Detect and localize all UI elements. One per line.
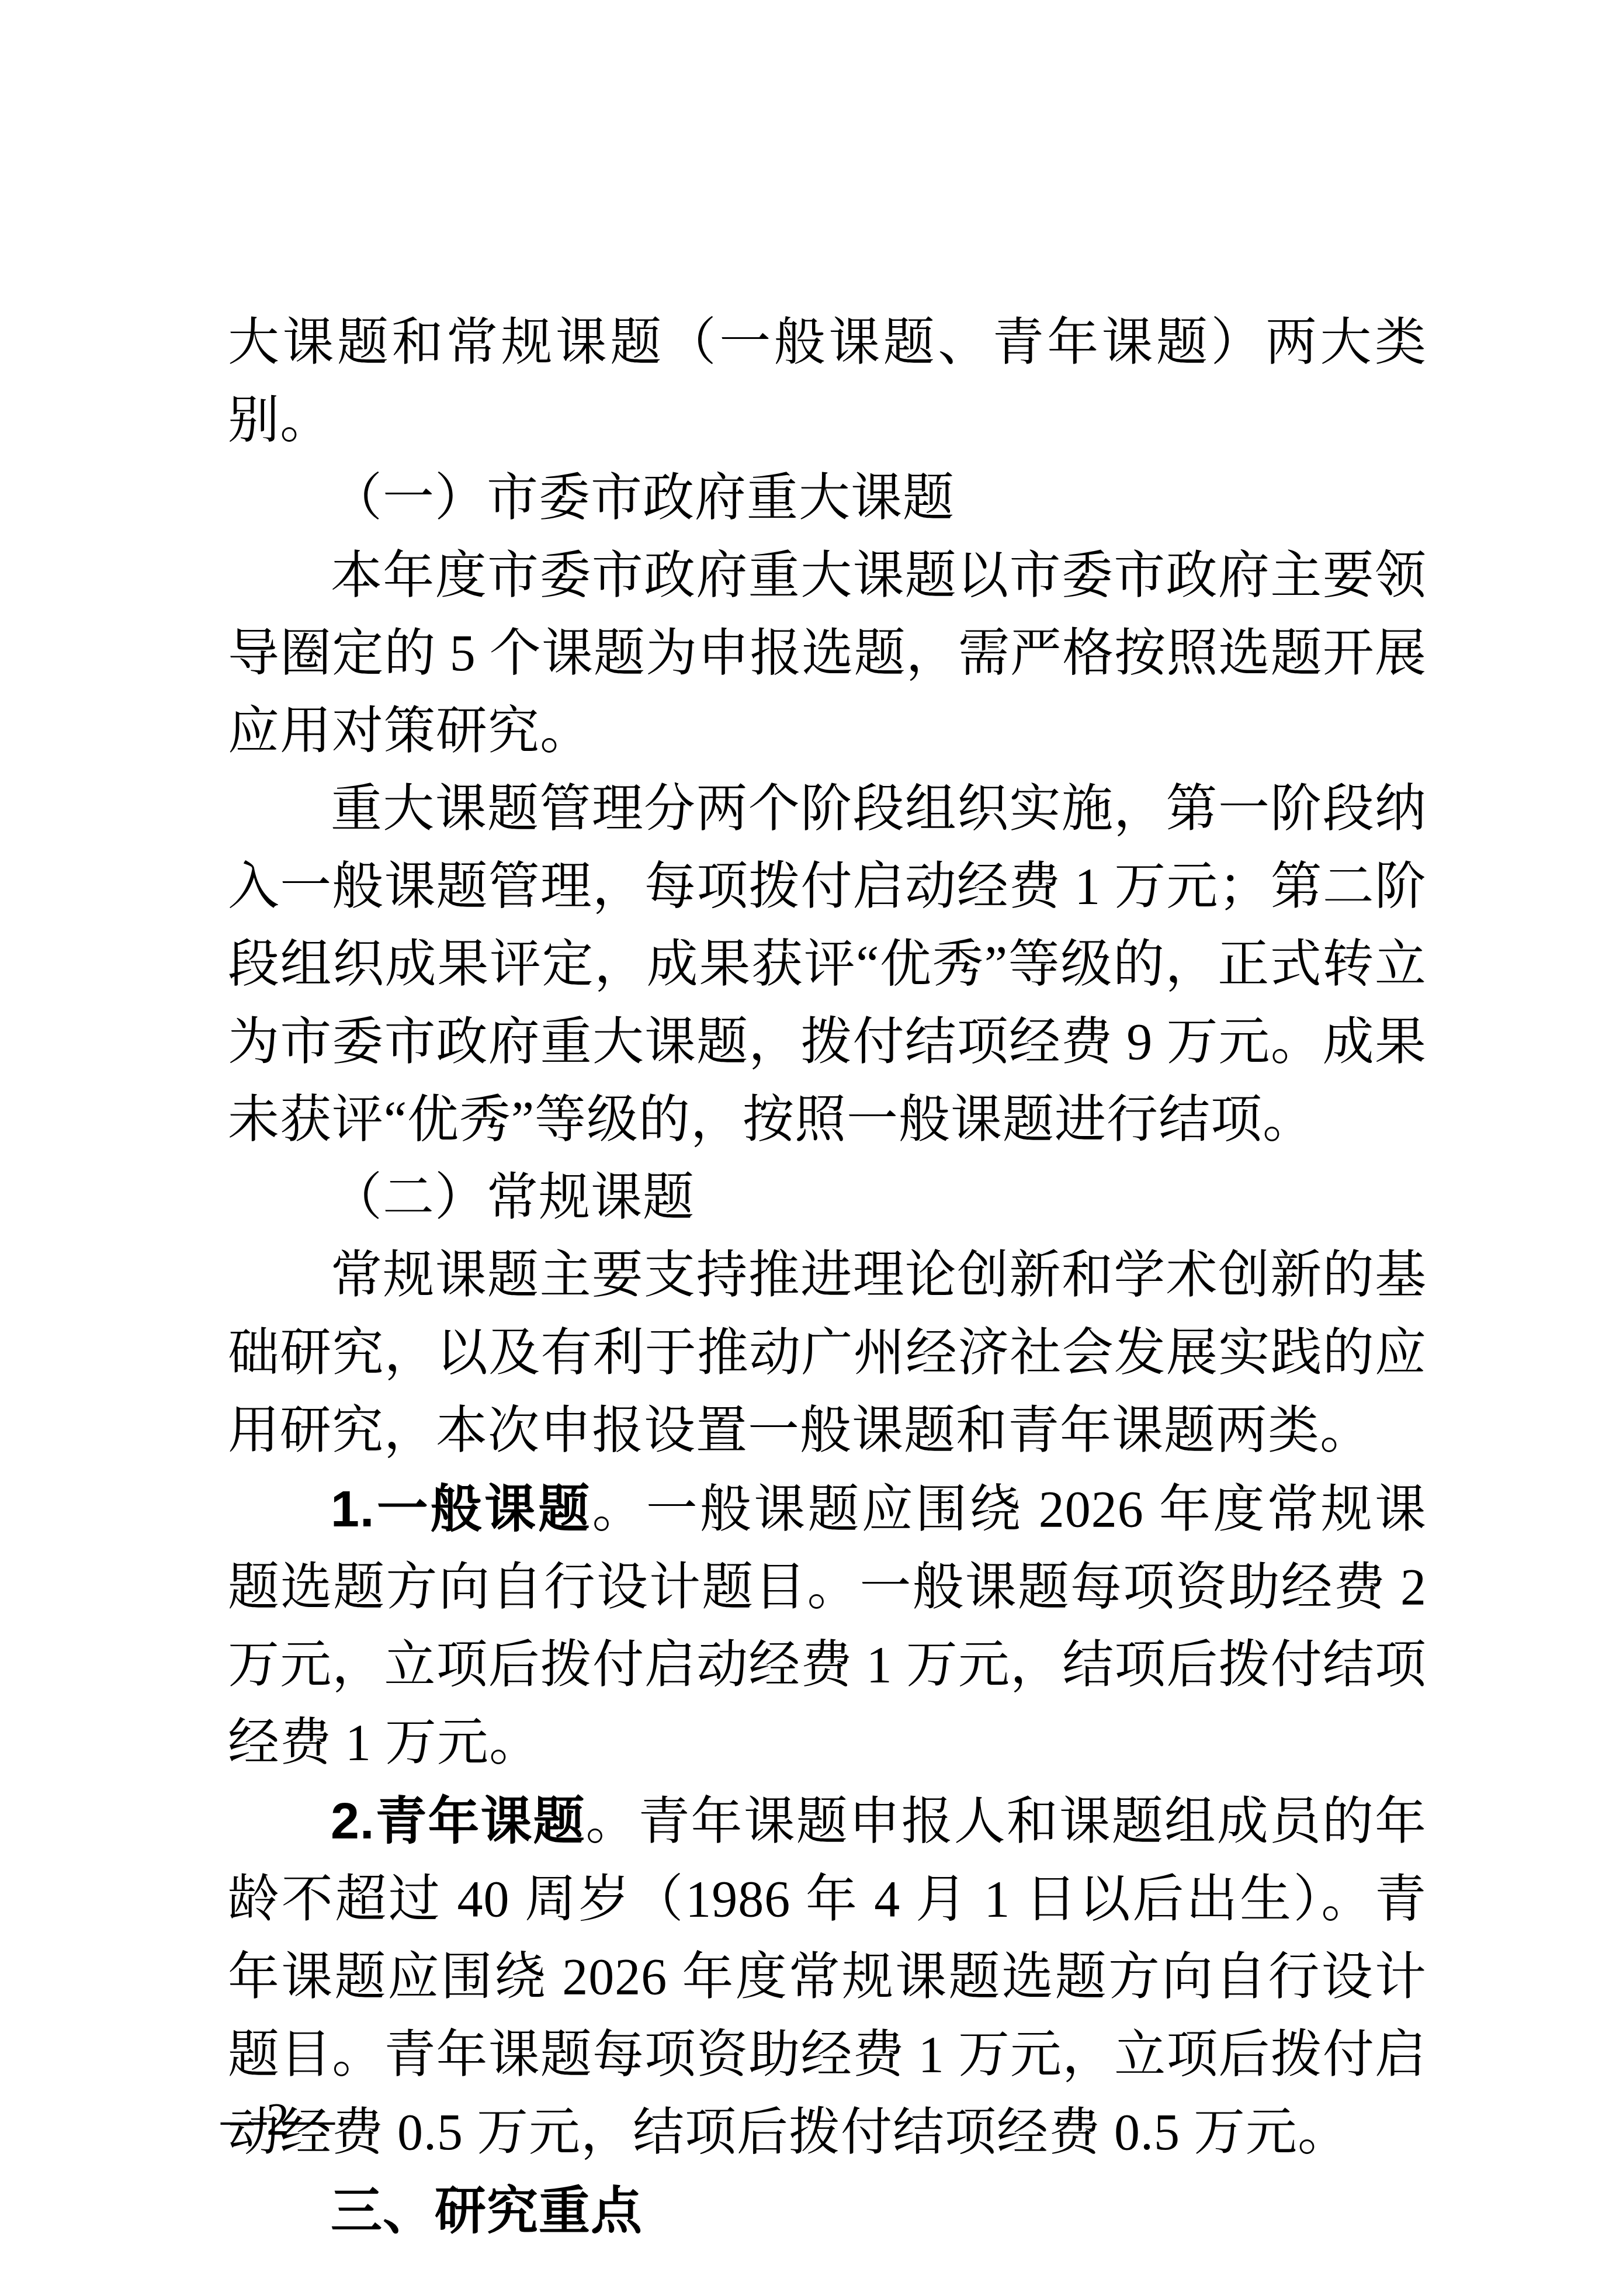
youth-topic-lead: 2.青年课题 xyxy=(331,1792,586,1850)
general-topic-lead: 1.一般课题 xyxy=(331,1480,592,1537)
document-page: 大课题和常规课题（一般课题、青年课题）两大类别。 （一）市委市政府重大课题 本年… xyxy=(0,0,1623,2296)
paragraph-youth-topic: 2.青年课题。青年课题申报人和课题组成员的年龄不超过 40 周岁（1986 年 … xyxy=(228,1782,1427,2172)
page-number: —2— xyxy=(221,2090,335,2148)
heading-section-one: （一）市委市政府重大课题 xyxy=(228,459,1427,537)
paragraph-general-topic: 1.一般课题。一般课题应围绕 2026 年度常规课题选题方向自行设计题目。一般课… xyxy=(228,1470,1427,1782)
paragraph-major-topics-management: 重大课题管理分两个阶段组织实施，第一阶段纳入一般课题管理，每项拨付启动经费 1 … xyxy=(228,770,1427,1159)
paragraph-major-topics-intro: 本年度市委市政府重大课题以市委市政府主要领导圈定的 5 个课题为申报选题，需严格… xyxy=(228,537,1427,770)
paragraph-regular-topics-intro: 常规课题主要支持推进理论创新和学术创新的基础研究，以及有利于推动广州经济社会发展… xyxy=(228,1237,1427,1470)
document-body: 大课题和常规课题（一般课题、青年课题）两大类别。 （一）市委市政府重大课题 本年… xyxy=(228,304,1427,2249)
paragraph-category-continuation: 大课题和常规课题（一般课题、青年课题）两大类别。 xyxy=(228,304,1427,459)
heading-section-three: 三、研究重点 xyxy=(228,2172,1427,2249)
heading-section-two: （二）常规课题 xyxy=(228,1159,1427,1237)
